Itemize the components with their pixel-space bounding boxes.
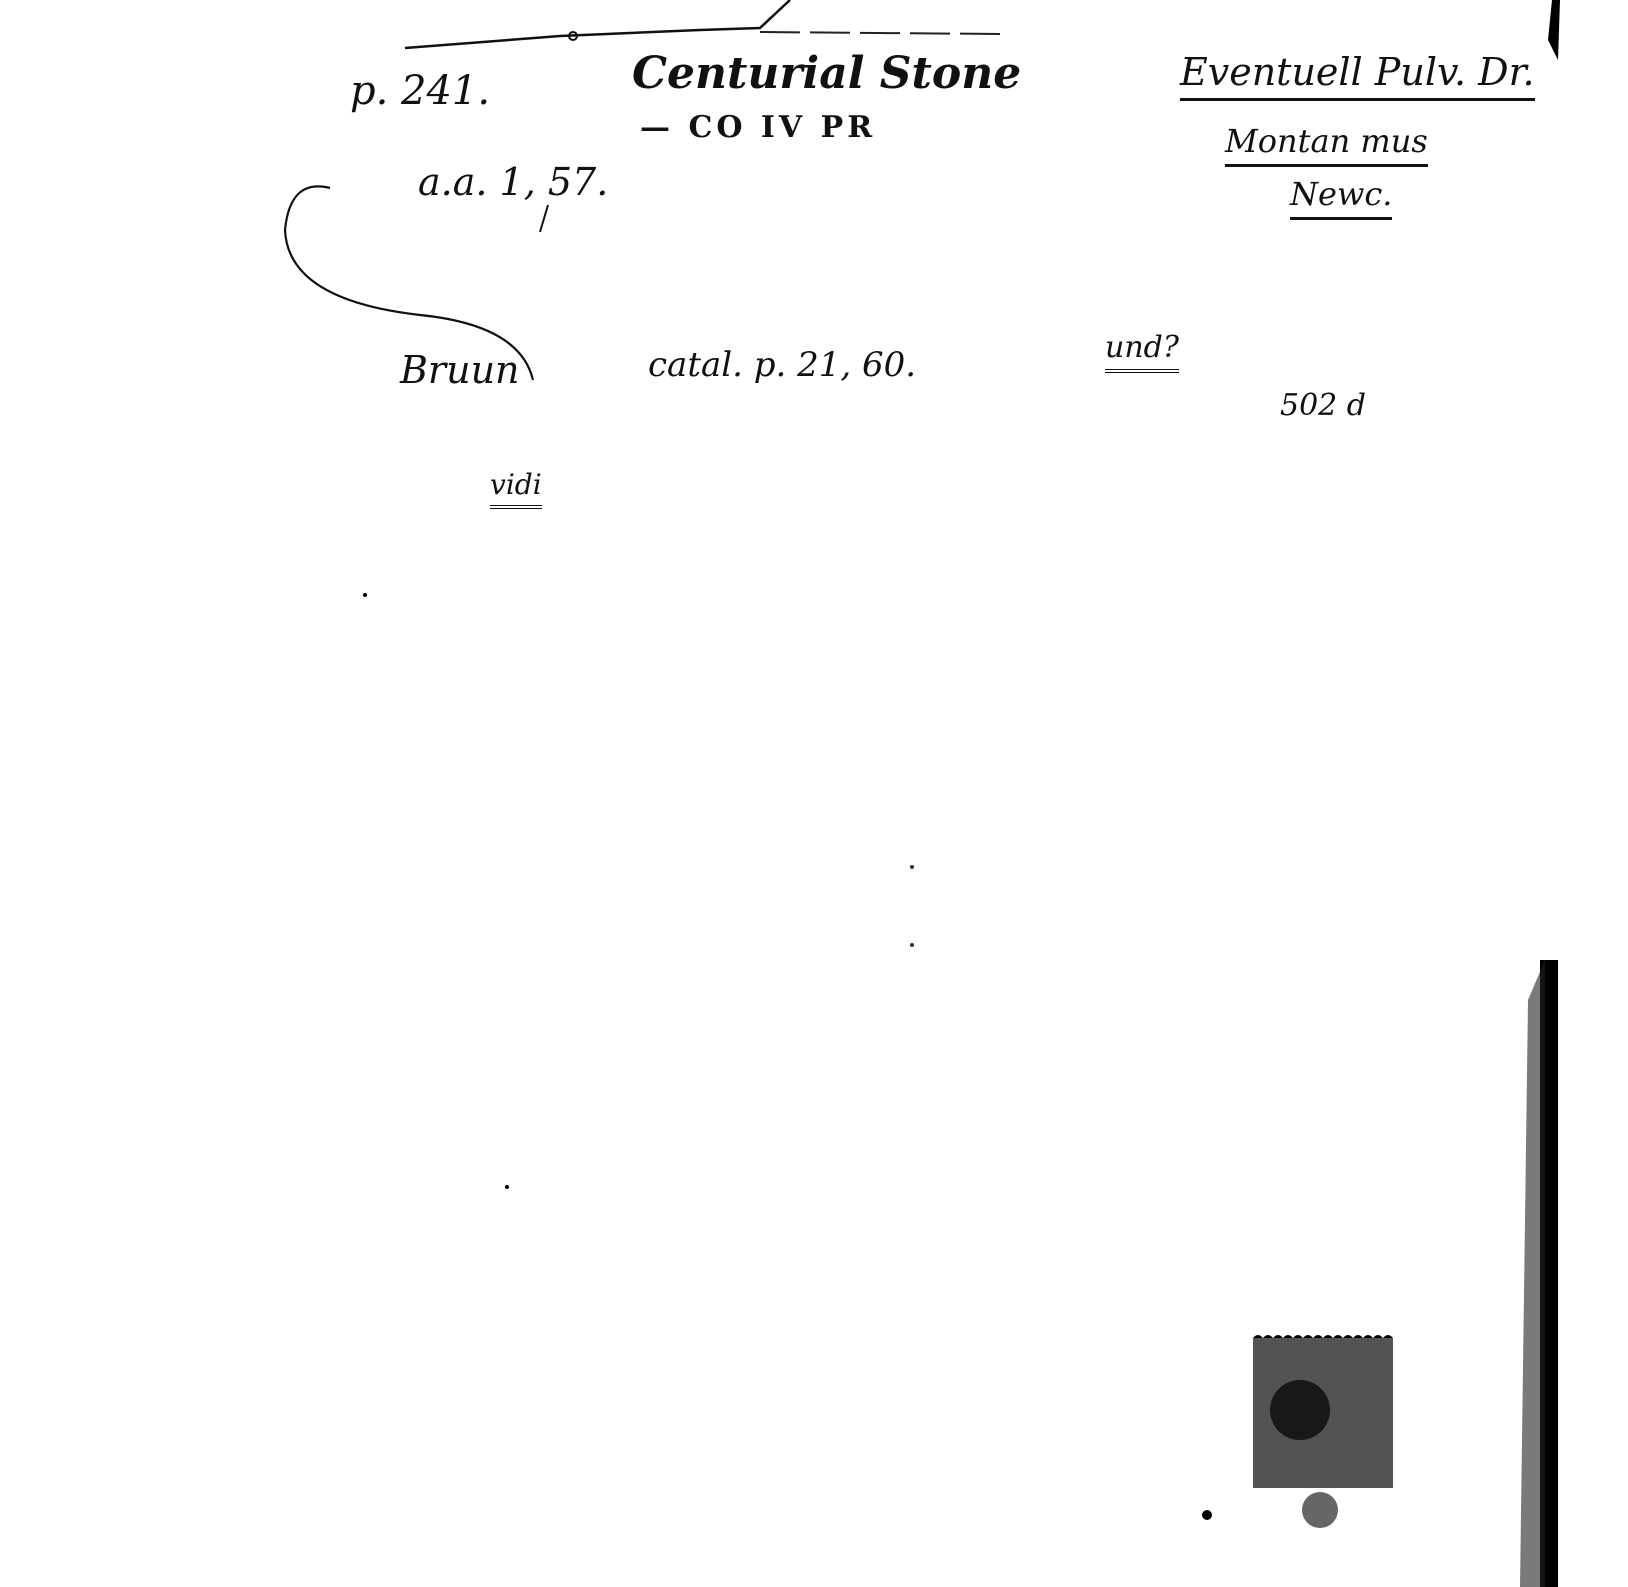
- vidi-note: vidi: [490, 468, 542, 509]
- document-title: Centurial Stone: [632, 48, 1021, 99]
- query-note: und?: [1105, 330, 1179, 373]
- page-drawings: [0, 0, 1628, 1587]
- citation-reference: a.a. 1, 57.: [418, 160, 608, 204]
- author-name: Bruun: [400, 348, 520, 392]
- catalogue-reference: catal. p. 21, 60.: [648, 345, 916, 385]
- catalogue-number: 502 d: [1280, 388, 1366, 423]
- stamp-icon: [1253, 1335, 1393, 1528]
- scanned-page: p. 241. a.a. 1, 57. Bruun catal. p. 21, …: [0, 0, 1628, 1587]
- location-line-1: Eventuell Pulv. Dr.: [1180, 50, 1535, 101]
- location-line-3: Newc.: [1290, 175, 1392, 220]
- inscription-text: — CO IV PR: [640, 110, 876, 145]
- location-line-2: Montan mus: [1225, 122, 1428, 167]
- page-reference: p. 241.: [350, 68, 490, 114]
